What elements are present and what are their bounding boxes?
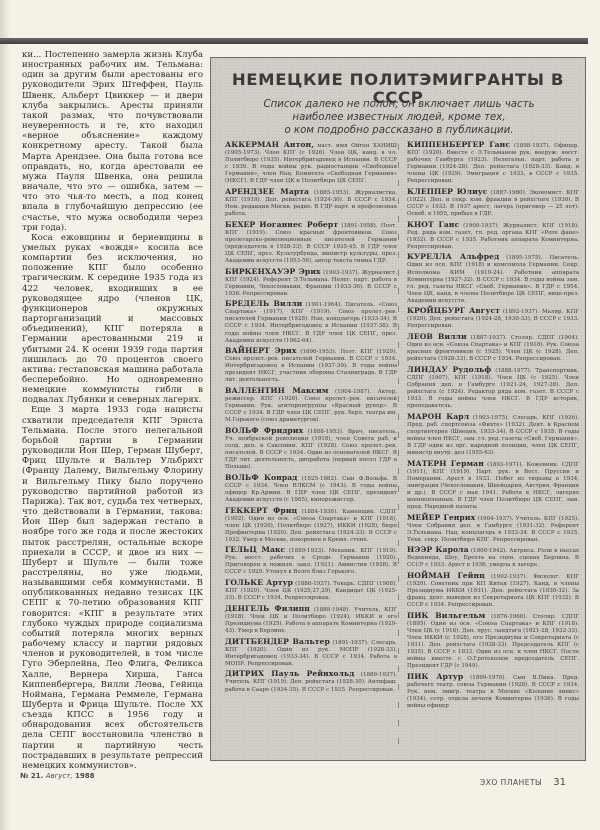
biography-entry: КНОТ Ганс (1900-1937). Журналист. КПГ (1… bbox=[407, 221, 579, 251]
entry-text: (1898-1937). Офицер. КПГ (1920). Вместе … bbox=[407, 143, 579, 184]
column-divider bbox=[398, 144, 399, 750]
biography-entry: БИРКЕНХАУЭР Эрих (1903-1937). Журналист.… bbox=[225, 268, 397, 298]
entry-name: ДИТРИХ Пауль Рейнхольд bbox=[225, 669, 354, 678]
biography-entry: КУРЕЛЛА Альфред (1895-1975). Писатель. О… bbox=[407, 253, 579, 304]
article-paragraph: Еще 3 марта 1933 года нацисты схватили п… bbox=[22, 405, 203, 771]
biography-entry: МАРОН Карл (1903-1975). Слесарь. КПГ (19… bbox=[407, 413, 579, 457]
biography-entry: ВАЛЛЕНТИН Максим (1904-1987). Актер, реж… bbox=[225, 387, 397, 424]
biography-entry: ВОЛЬФ Фридрих (1888-1953). Врач, писател… bbox=[225, 427, 397, 471]
entry-name: ПИК Вильгельм bbox=[407, 611, 485, 620]
emigrants-sidebar: НЕМЕЦКИЕ ПОЛИТЭМИГРАНТЫ В СССР Список да… bbox=[210, 57, 586, 761]
entry-name: КЛЕППЕР Юлиус bbox=[407, 187, 488, 196]
entry-name: МАТЕРН Герман bbox=[407, 459, 484, 468]
entry-text: (1901-1964). Писатель. «Союз Спартака» (… bbox=[225, 302, 397, 343]
entry-name: ВАЛЛЕНТИН Максим bbox=[225, 386, 329, 395]
entry-name: КРОЙЦБУРГ Август bbox=[407, 306, 500, 315]
subtitle-line: Список далеко не полон; он включает лишь… bbox=[231, 98, 567, 111]
issue-month: Август, bbox=[46, 772, 73, 780]
entry-name: ВАЙНЕРТ Эрих bbox=[225, 346, 296, 355]
biography-entry: МЕЙЕР Генрих (1904-1937). Учитель. КПГ (… bbox=[407, 514, 579, 544]
biography-entry: БЕХЕР Иоганнес Роберт (1891-1958). Поэт.… bbox=[225, 221, 397, 265]
biography-entry: ДИТРИХ Пауль Рейнхольд (1889-1937). Учит… bbox=[225, 670, 397, 693]
entry-name: ПИК Артур bbox=[407, 672, 463, 681]
issue-year: 1988 bbox=[75, 772, 94, 780]
entry-text: (1891-1958). Поэт. КПГ (1919). Союз крас… bbox=[225, 223, 397, 264]
subtitle-line: наиболее известных людей, кроме тех, bbox=[231, 111, 567, 124]
entry-text: наст. имя Ойген ХАНИШ (1905-1973). Член … bbox=[225, 143, 397, 184]
entry-name: БРЕДЕЛЬ Вилли bbox=[225, 299, 302, 308]
entry-name: ВОЛЬФ Фридрих bbox=[225, 426, 303, 435]
entry-name: НЭЭР Карола bbox=[407, 545, 469, 554]
entry-name: ГЕККЕРТ Фриц bbox=[225, 506, 297, 515]
sidebar-subtitle: Список далеко не полон; он включает лишь… bbox=[231, 98, 567, 137]
biography-entry: ПИК Вильгельм (1876-1960). Столяр. СДПГ … bbox=[407, 612, 579, 670]
entries-column-right: КИППЕНБЕРГЕР Ганс (1898-1937). Офицер. К… bbox=[407, 141, 579, 713]
magazine-name: ЭХО ПЛАНЕТЫ bbox=[480, 778, 542, 787]
issue-number: № 21. bbox=[20, 772, 43, 780]
page-spine-shadow bbox=[0, 0, 10, 830]
article-paragraph: ки... Постепенно замерла жизнь Клуба ино… bbox=[22, 50, 203, 233]
biography-entry: ДИТТБЕНДЕР Вальтер (1891-1937). Слесарь.… bbox=[225, 638, 397, 668]
biography-entry: АРЕНДЗЕЕ Марта (1885-1953). Журналистка.… bbox=[225, 188, 397, 218]
entry-text: (1895-1975). Писатель. Один из осн. КПГ … bbox=[407, 255, 579, 303]
entry-name: КИППЕНБЕРГЕР Ганс bbox=[407, 140, 510, 149]
entry-text: (1903-1975). Слесарь. КПГ (1926). Пред. … bbox=[407, 415, 579, 456]
biography-entry: ГОЛЬКЕ Артур (1886-1937). Токарь. СДПГ (… bbox=[225, 579, 397, 602]
biography-entry: ПИК Артур (1899-1970). Сын В.Пика. Пред.… bbox=[407, 673, 579, 710]
biography-entry: ГЕККЕРТ Фриц (1884-1936). Каменщик. СДПГ… bbox=[225, 507, 397, 544]
biography-entry: ЛЕОВ Вилли (1887-1937). Столяр. СДПГ (19… bbox=[407, 333, 579, 363]
entry-text: (1876-1960). Столяр. СДПГ (1895). Один и… bbox=[407, 614, 579, 669]
entry-name: КУРЕЛЛА Альфред bbox=[407, 252, 499, 261]
entry-text: (1888-1977). Транспортник. СДПГ (1907), … bbox=[407, 368, 579, 409]
entry-name: МАРОН Карл bbox=[407, 412, 469, 421]
biography-entry: МАТЕРН Герман (1893-1971). Кожевник. СДП… bbox=[407, 460, 579, 511]
entry-name: ЛИНДАУ Рудольф bbox=[407, 365, 491, 374]
biography-entry: ВАЙНЕРТ Эрих (1890-1953). Поэт. КПГ (192… bbox=[225, 347, 397, 384]
article-body: ки... Постепенно замерла жизнь Клуба ино… bbox=[22, 50, 203, 771]
entry-name: АРЕНДЗЕЕ Марта bbox=[225, 187, 309, 196]
biography-entry: КИППЕНБЕРГЕР Ганс (1898-1937). Офицер. К… bbox=[407, 141, 579, 185]
biography-entry: НЭЭР Карола (1900-1942). Актриса. Роли в… bbox=[407, 546, 579, 569]
entry-name: КНОТ Ганс bbox=[407, 220, 459, 229]
biography-entry: ДЕНГЕЛЬ Филипп (1888-1948). Учитель. КПГ… bbox=[225, 605, 397, 635]
entry-name: АККЕРМАН Антон, bbox=[225, 140, 314, 149]
page-number: 31 bbox=[553, 777, 566, 788]
biography-entry: БРЕДЕЛЬ Вилли (1901-1964). Писатель. «Со… bbox=[225, 300, 397, 344]
biography-entry: АККЕРМАН Антон, наст. имя Ойген ХАНИШ (1… bbox=[225, 141, 397, 185]
biography-entry: ГЕЛЬЦ Макс (1889-1933). Механик. КПГ (19… bbox=[225, 546, 397, 576]
biography-entry: НОЙМАН Гейнц (1902-1937). Филолог. КПГ (… bbox=[407, 572, 579, 609]
biography-entry: ВОЛЬФ Конрад (1925-1982). Сын Ф.Вольфа. … bbox=[225, 474, 397, 504]
biography-entry: КЛЕППЕР Юлиус (1887-1980). Экономист. КП… bbox=[407, 188, 579, 218]
entry-name: ГОЛЬКЕ Артур bbox=[225, 578, 293, 587]
entries-column-left: АККЕРМАН Антон, наст. имя Ойген ХАНИШ (1… bbox=[225, 141, 397, 696]
entry-name: ГЕЛЬЦ Макс bbox=[225, 545, 285, 554]
entry-name: ВОЛЬФ Конрад bbox=[225, 473, 297, 482]
biography-entry: ЛИНДАУ Рудольф (1888-1977). Транспортник… bbox=[407, 366, 579, 410]
magazine-info: ЭХО ПЛАНЕТЫ 31 bbox=[480, 770, 566, 789]
entry-name: ДЕНГЕЛЬ Филипп bbox=[225, 604, 310, 613]
entry-name: ДИТТБЕНДЕР Вальтер bbox=[225, 637, 330, 646]
article-paragraph: Коса ежовщины и бериевщины в умелых рука… bbox=[22, 233, 203, 406]
entry-name: НОЙМАН Гейнц bbox=[407, 571, 485, 580]
entry-text: (1893-1971). Кожевник. СДПГ (1911), КПГ … bbox=[407, 462, 579, 510]
top-rule bbox=[0, 38, 588, 44]
issue-info: № 21. Август, 1988 bbox=[20, 772, 95, 780]
entry-name: МЕЙЕР Генрих bbox=[407, 513, 475, 522]
entry-name: БЕХЕР Иоганнес Роберт bbox=[225, 220, 338, 229]
biography-entry: КРОЙЦБУРГ Август (1892-1937). Маляр. КПГ… bbox=[407, 307, 579, 330]
entry-text: (1888-1953). Врач, писатель. Уч. ноябрьс… bbox=[225, 429, 397, 470]
subtitle-line: о ком подробно рассказано в публикации. bbox=[231, 124, 567, 137]
entry-name: ЛЕОВ Вилли bbox=[407, 332, 467, 341]
entry-name: БИРКЕНХАУЭР Эрих bbox=[225, 267, 321, 276]
